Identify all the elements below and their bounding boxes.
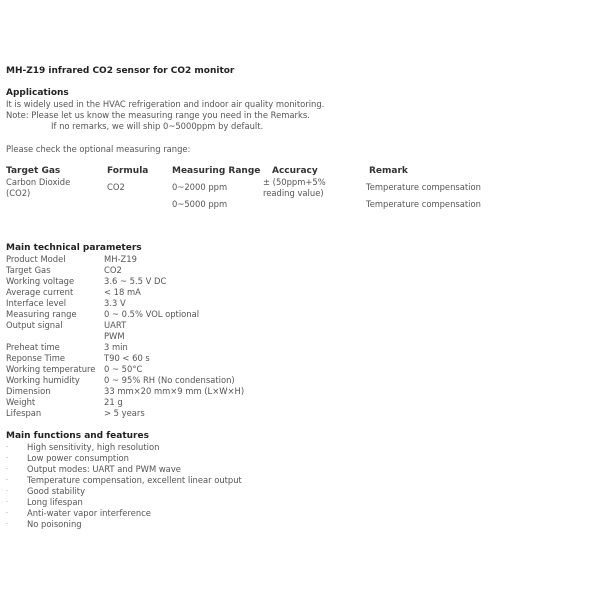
params-heading: Main technical parameters: [6, 243, 142, 254]
bullet-icon: ·: [6, 464, 8, 475]
remark-cell: Temperature compensation: [366, 182, 481, 193]
feature-text: Long lifespan: [27, 497, 83, 508]
header-measuring-range: Measuring Range: [172, 166, 260, 177]
note-default-text: If no remarks, we will ship 0~5000ppm by…: [51, 121, 263, 132]
header-accuracy: Accuracy: [272, 166, 318, 177]
range-prompt: Please check the optional measuring rang…: [6, 144, 190, 155]
feature-text: Temperature compensation, excellent line…: [27, 475, 242, 486]
param-value: UART: [104, 320, 126, 331]
remark-cell: Temperature compensation: [366, 199, 481, 210]
feature-text: Low power consumption: [27, 453, 129, 464]
range-cell: 0~2000 ppm: [172, 182, 227, 193]
param-key: Product Model: [6, 254, 66, 265]
param-value: 33 mm×20 mm×9 mm (L×W×H): [104, 386, 244, 397]
param-key: Lifespan: [6, 408, 41, 419]
param-key: Output signal: [6, 320, 63, 331]
param-key: Preheat time: [6, 342, 60, 353]
param-value: 0 ~ 95% RH (No condensation): [104, 375, 235, 386]
header-remark: Remark: [369, 166, 408, 177]
param-value: 0 ~ 50°C: [104, 364, 142, 375]
header-formula: Formula: [107, 166, 148, 177]
param-value: 3 min: [104, 342, 128, 353]
param-value: PWM: [104, 331, 125, 342]
param-key: Working temperature: [6, 364, 95, 375]
features-heading: Main functions and features: [6, 431, 149, 442]
param-key: Dimension: [6, 386, 51, 397]
accuracy-cell-2: reading value): [263, 188, 324, 199]
param-value: > 5 years: [104, 408, 145, 419]
param-value: 3.3 V: [104, 298, 126, 309]
applications-heading: Applications: [6, 88, 69, 99]
param-key: Working voltage: [6, 276, 74, 287]
applications-text: It is widely used in the HVAC refrigerat…: [6, 99, 324, 110]
formula-cell: CO2: [107, 182, 125, 193]
header-target-gas: Target Gas: [6, 166, 60, 177]
bullet-icon: ·: [6, 475, 8, 486]
bullet-icon: ·: [6, 497, 8, 508]
param-value: 21 g: [104, 397, 123, 408]
param-key: Interface level: [6, 298, 66, 309]
feature-text: Output modes: UART and PWM wave: [27, 464, 181, 475]
bullet-icon: ·: [6, 519, 8, 530]
param-value: < 18 mA: [104, 287, 141, 298]
feature-text: Anti-water vapor interference: [27, 508, 151, 519]
feature-text: No poisoning: [27, 519, 82, 530]
page-title: MH-Z19 infrared CO2 sensor for CO2 monit…: [6, 66, 234, 77]
accuracy-cell: ± (50ppm+5%: [263, 177, 326, 188]
param-key: Target Gas: [6, 265, 51, 276]
bullet-icon: ·: [6, 508, 8, 519]
param-value: MH-Z19: [104, 254, 137, 265]
param-key: Weight: [6, 397, 35, 408]
param-key: Reponse Time: [6, 353, 65, 364]
bullet-icon: ·: [6, 486, 8, 497]
param-value: T90 < 60 s: [104, 353, 150, 364]
param-value: 0 ~ 0.5% VOL optional: [104, 309, 199, 320]
param-key: Measuring range: [6, 309, 77, 320]
bullet-icon: ·: [6, 453, 8, 464]
note-text: Note: Please let us know the measuring r…: [6, 110, 310, 121]
param-value: 3.6 ~ 5.5 V DC: [104, 276, 166, 287]
feature-text: High sensitivity, high resolution: [27, 442, 159, 453]
target-gas-cell-formula: (CO2): [6, 188, 30, 199]
feature-text: Good stability: [27, 486, 85, 497]
target-gas-cell: Carbon Dioxide: [6, 177, 70, 188]
param-key: Working humidity: [6, 375, 80, 386]
range-cell: 0~5000 ppm: [172, 199, 227, 210]
param-key: Average current: [6, 287, 73, 298]
bullet-icon: ·: [6, 442, 8, 453]
param-value: CO2: [104, 265, 122, 276]
